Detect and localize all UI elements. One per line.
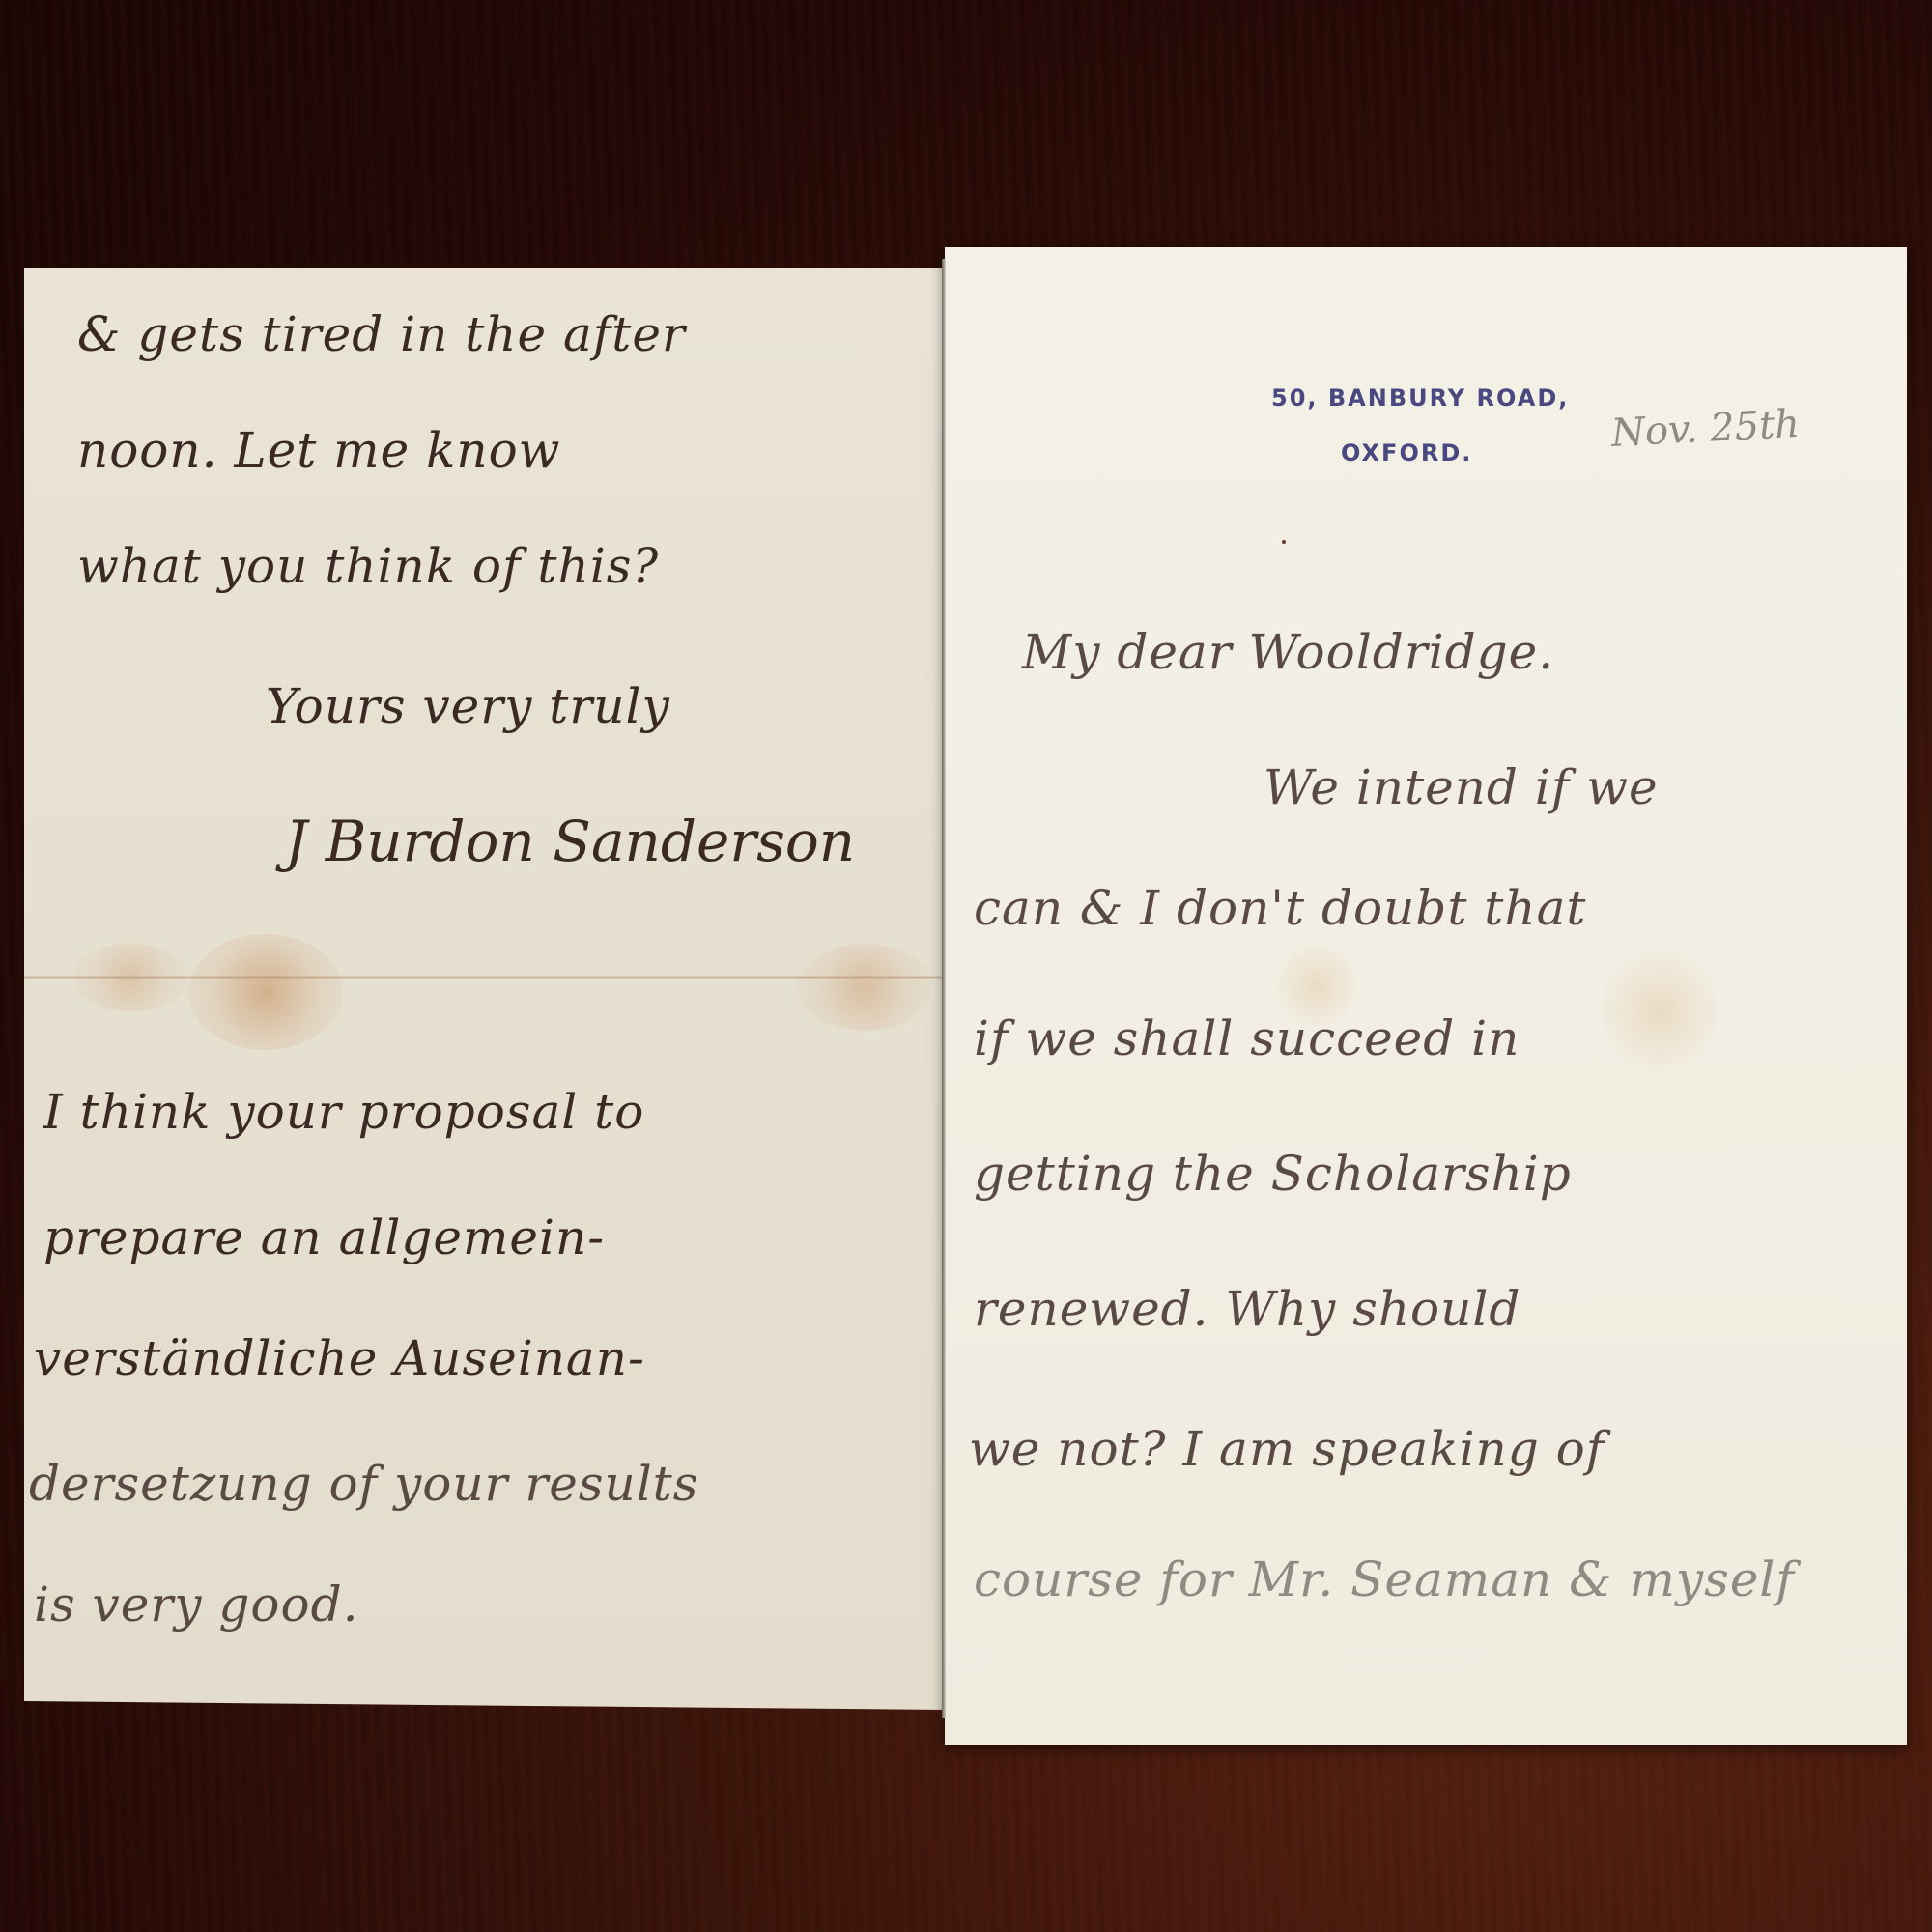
foxing-stain [72,944,188,1011]
foxing-stain [797,944,932,1031]
salutation: My dear Wooldridge. [1022,624,1554,680]
letter-page-right: 50, BANBURY ROAD, OXFORD. Nov. 25th My d… [945,247,1907,1745]
letter-line: noon. Let me know [77,422,560,478]
letter-line: getting the Scholarship [974,1146,1572,1202]
signature: J Burdon Sanderson [285,809,855,874]
paper-stain [1602,943,1718,1078]
letter-line: We intend if we [1264,759,1659,815]
letter-line: what you think of this? [77,538,659,594]
letter-page-left: & gets tired in the after noon. Let me k… [24,268,945,1710]
closing-line: Yours very truly [266,678,670,734]
letterhead-address-line2: OXFORD. [1341,440,1472,467]
foxing-stain [188,934,343,1050]
letter-line: I think your proposal to [43,1084,644,1140]
ink-dot [1282,540,1286,544]
vertical-fold-crease [942,259,946,1718]
letter-line: prepare an allgemein- [43,1209,605,1265]
letterhead-address-line1: 50, BANBURY ROAD, [1271,384,1569,412]
letter-line: if we shall succeed in [974,1010,1520,1066]
letter-date: Nov. 25th [1610,402,1801,456]
letter-line: is very good. [34,1577,359,1633]
letter-line: renewed. Why should [974,1281,1520,1337]
letter-line: & gets tired in the after [77,306,686,362]
letter-line: can & I don't doubt that [974,880,1587,936]
letter-line: verständliche Auseinan- [34,1330,645,1386]
letter-line: course for Mr. Seaman & myself [974,1551,1795,1607]
letter-line: we not? I am speaking of [969,1421,1605,1477]
letter-line: dersetzung of your results [29,1456,698,1512]
